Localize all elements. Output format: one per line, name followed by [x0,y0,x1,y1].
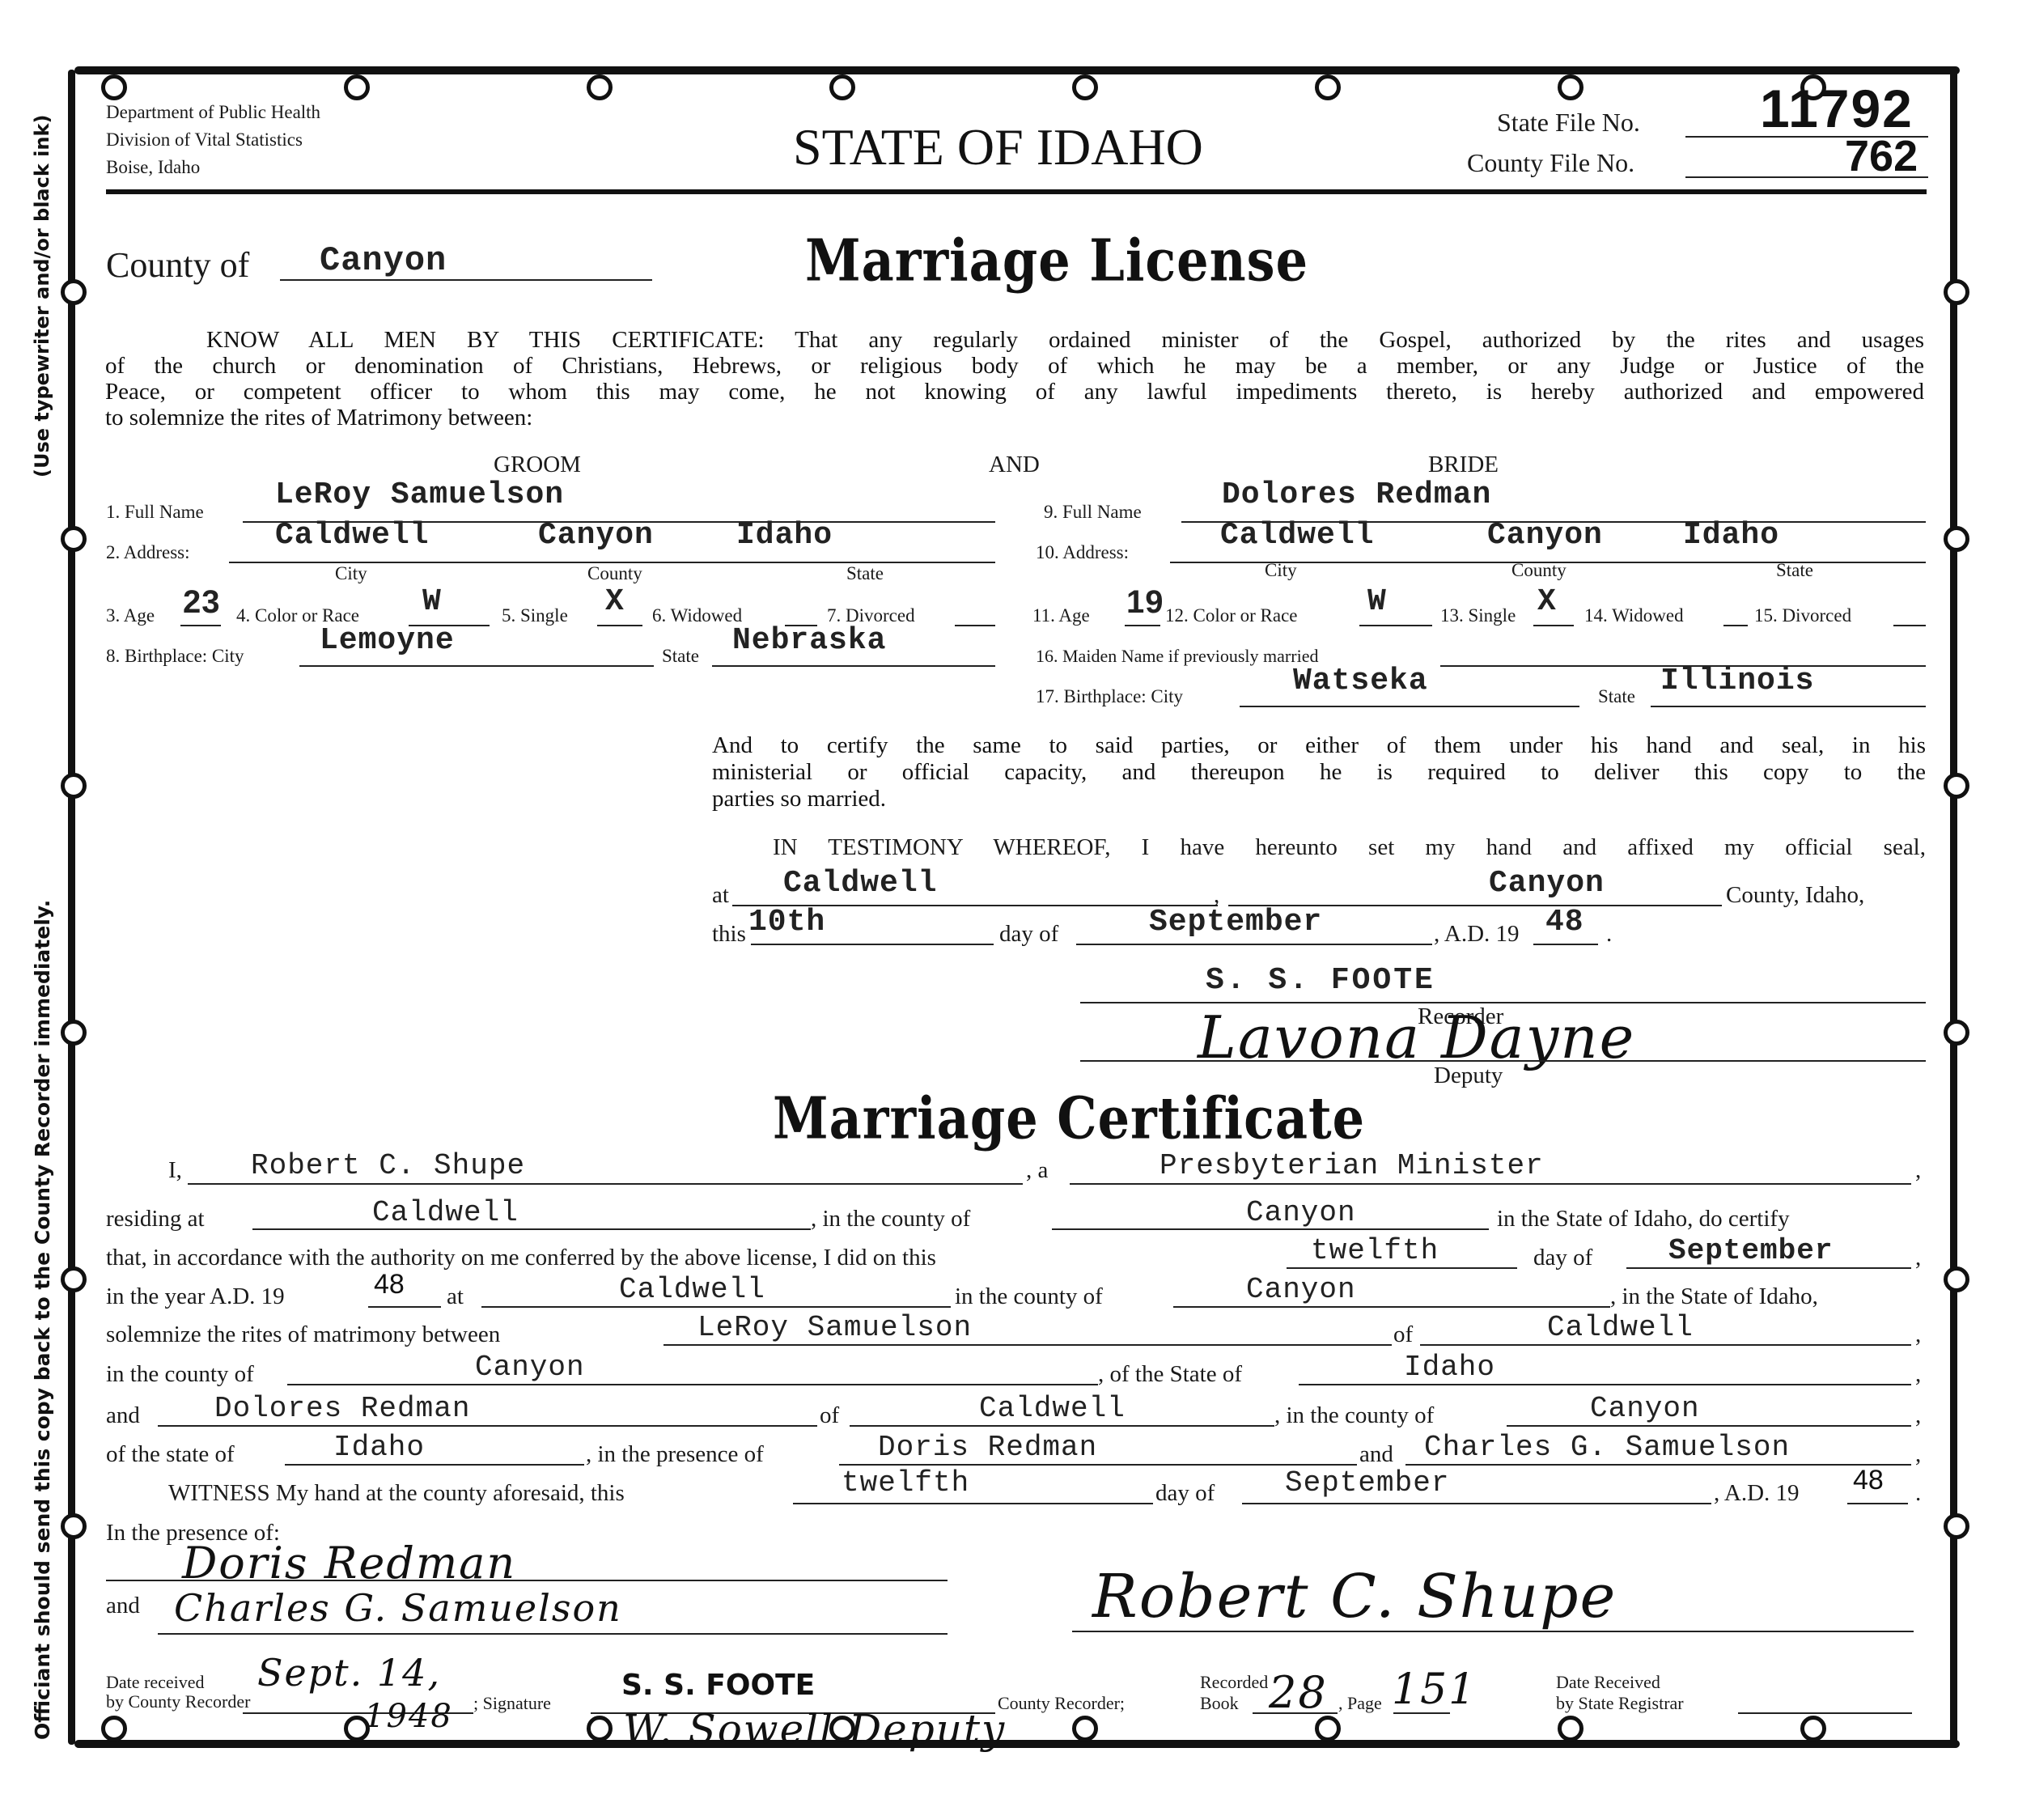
cert-bride-state: Idaho [333,1431,425,1464]
bride-state-sublabel: State [1776,560,1813,581]
state-idaho-label: , in the State of Idaho, [1610,1283,1818,1310]
groom-single-label: 5. Single [502,605,568,626]
ceremony-year: 48 [374,1269,405,1300]
ceremony-at-label: at [447,1283,464,1310]
testimony-county: Canyon [1489,866,1605,901]
header-rule [106,189,1927,194]
cert-bride: Dolores Redman [214,1392,470,1425]
at-label: at [712,882,729,909]
and-heading: AND [989,452,1040,478]
cert-bride-city: Caldwell [979,1392,1126,1425]
date-received-label-1: Date received [106,1672,205,1693]
groom-heading: GROOM [494,452,581,478]
border-left [68,70,75,1745]
state-registrar-label-2: by State Registrar [1556,1693,1684,1714]
recorder-name: S. S. FOOTE [1206,963,1435,998]
county-value: Canyon [320,241,447,280]
groom-birth-city: Lemoyne [320,623,455,658]
bride-birth-city: Watseka [1293,664,1428,698]
cert-groom-city: Caldwell [1547,1311,1694,1344]
witness-2-signature: Charles G. Samuelson [174,1586,622,1630]
signature-label: ; Signature [473,1693,551,1714]
witness-label: WITNESS My hand at the county aforesaid,… [168,1480,625,1507]
intro-paragraph: KNOW ALL MEN BY THIS CERTIFICATE: That a… [105,327,1924,431]
accordance-label: that, in accordance with the authority o… [106,1245,936,1271]
groom-state-label: , of the State of [1098,1361,1242,1388]
ceremony-month: September [1668,1234,1833,1267]
officiant-name: Robert C. Shupe [251,1149,525,1182]
recorded-label: Recorded [1200,1672,1268,1693]
groom-birthplace-label: 8. Birthplace: City [106,646,244,667]
margin-note-officiant: Officiant should send this copy back to … [31,900,54,1740]
groom-city-sublabel: City [335,563,367,584]
this-label: this [712,921,746,948]
border-top [74,66,1960,74]
groom-age: 23 [183,584,221,621]
groom-county-sublabel: County [587,563,642,584]
bride-county: Canyon [1487,518,1603,553]
residing-county: Canyon [1246,1196,1356,1229]
ad-label: , A.D. 19 [1434,921,1520,948]
testimony-text: IN TESTIMONY WHEREOF, I have hereunto se… [773,834,1926,861]
groom-birth-state: Nebraska [732,623,886,658]
bride-widowed-label: 14. Widowed [1584,605,1684,626]
a-label: , a [1026,1157,1048,1184]
day-of-label: day of [999,921,1058,948]
residing-city: Caldwell [372,1196,519,1229]
margin-note-ink: (Use typewriter and/or black ink) [31,115,53,477]
bride-single-label: 13. Single [1440,605,1516,626]
bride-and-label: and [106,1402,140,1429]
license-day: 10th [748,905,825,940]
county-label: County of [106,244,249,286]
groom-name: LeRoy Samuelson [275,477,564,512]
dept-line-3: Boise, Idaho [106,157,200,178]
ceremony-day-of-label: day of [1533,1245,1592,1271]
recorder-stamp: S. S. FOOTE [621,1669,815,1702]
ceremony-day: twelfth [1311,1234,1439,1267]
certificate-heading: Marriage Certificate [773,1084,1365,1152]
state-file-label: State File No. [1497,108,1640,138]
dept-line-1: Department of Public Health [106,102,320,123]
bride-birthplace-label: 17. Birthplace: City [1036,686,1183,707]
witness-and-label: and [1359,1441,1393,1468]
bride-city: Caldwell [1220,518,1374,553]
bride-maiden-label: 16. Maiden Name if previously married [1036,646,1318,667]
book-number: 28 [1269,1667,1328,1718]
page-number: 151 [1392,1665,1477,1714]
certify-paragraph: And to certify the same to said parties,… [712,732,1926,812]
bride-race-label: 12. Color or Race [1165,605,1298,626]
groom-county: Canyon [538,518,654,553]
state-certify-label: in the State of Idaho, do certify [1497,1206,1790,1232]
groom-widowed-label: 6. Widowed [652,605,742,626]
groom-name-label: 1. Full Name [106,502,204,523]
county-file-number: 762 [1845,131,1918,181]
county-file-label: County File No. [1467,148,1634,178]
bride-county-sublabel: County [1511,560,1567,581]
county-of-label: , in the county of [811,1206,970,1232]
groom-address-label: 2. Address: [106,542,190,563]
state-file-number: 11792 [1760,78,1914,139]
cert-witness-1: Doris Redman [878,1431,1097,1464]
witness-year: 48 [1853,1465,1884,1496]
license-year: 48 [1545,905,1584,940]
groom-single-mark[interactable]: X [605,584,625,619]
sig-and-label: and [106,1593,140,1619]
border-right [1950,70,1957,1745]
cert-groom-county: Canyon [475,1351,585,1384]
bride-county-label: , in the county of [1274,1402,1434,1429]
officiant-title: Presbyterian Minister [1160,1149,1544,1182]
bride-birth-state-label: State [1598,686,1635,707]
bride-name-label: 9. Full Name [1044,502,1142,523]
bride-name: Dolores Redman [1222,477,1491,512]
page-label: , Page [1338,1693,1382,1714]
deputy-footer-signature: W. Sowell Deputy [623,1706,1006,1753]
license-heading: Marriage License [805,227,1308,295]
residing-label: residing at [106,1206,205,1232]
page-title: STATE OF IDAHO [793,117,1203,177]
license-month: September [1149,905,1322,940]
cert-groom-state: Idaho [1404,1351,1495,1384]
officiant-signature: Robert C. Shupe [1092,1562,1617,1631]
cert-bride-county: Canyon [1590,1392,1700,1425]
bride-city-sublabel: City [1265,560,1297,581]
in-county-label: in the county of [955,1283,1103,1310]
ceremony-city: Caldwell [619,1273,765,1306]
date-received-value: Sept. 14, [257,1651,441,1695]
county-recorder-label: County Recorder; [998,1693,1125,1714]
date-received-year: 1948 [364,1698,453,1735]
presence-label: , in the presence of [586,1441,764,1468]
book-label: Book [1200,1693,1239,1714]
state-registrar-label-1: Date Received [1556,1672,1660,1693]
bride-age: 19 [1126,584,1164,621]
i-label: I, [168,1157,182,1184]
bride-divorced-label: 15. Divorced [1754,605,1851,626]
solemnize-label: solemnize the rites of matrimony between [106,1322,500,1348]
bride-of-label: of [820,1402,839,1429]
testimony-city: Caldwell [783,866,937,901]
date-received-label-2: by County Recorder [106,1691,250,1712]
groom-state: Idaho [736,518,833,553]
groom-state-sublabel: State [846,563,884,584]
ceremony-county: Canyon [1246,1273,1356,1306]
bride-birth-state: Illinois [1660,664,1814,698]
groom-city: Caldwell [275,518,429,553]
groom-of-label: of [1393,1322,1413,1348]
bride-race: W [1367,584,1387,619]
groom-birth-state-label: State [662,646,699,667]
bride-age-label: 11. Age [1032,605,1090,626]
bride-single-mark[interactable]: X [1537,584,1557,619]
witness-day: twelfth [842,1466,969,1500]
witness-month: September [1285,1466,1449,1500]
county-idaho-label: County, Idaho, [1726,882,1864,909]
cert-groom: LeRoy Samuelson [697,1311,972,1344]
witness-day-of-label: day of [1155,1480,1215,1507]
groom-county-label: in the county of [106,1361,254,1388]
deputy-label: Deputy [1434,1063,1503,1089]
groom-age-label: 3. Age [106,605,155,626]
dept-line-2: Division of Vital Statistics [106,129,303,151]
cert-witness-2: Charles G. Samuelson [1424,1431,1790,1464]
year-label: in the year A.D. 19 [106,1283,285,1310]
bride-state: Idaho [1683,518,1779,553]
bride-address-label: 10. Address: [1036,542,1129,563]
groom-race: W [422,584,442,619]
bride-heading: BRIDE [1428,452,1499,478]
witness-ad-label: , A.D. 19 [1714,1480,1800,1507]
bride-state-label: of the state of [106,1441,235,1468]
